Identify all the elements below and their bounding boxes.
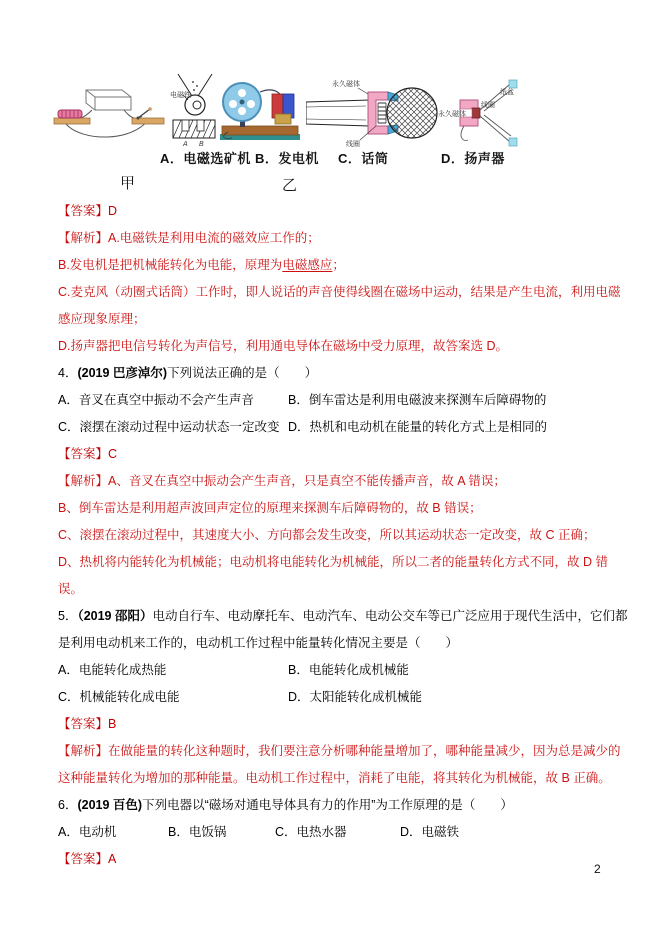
q4-analysis-a: 【解析】A、音叉在真空中振动会产生声音，只是真空不能传播声音，故 A 错误； (58, 468, 630, 495)
speaker-magnet-annotation: 永久磁体 (438, 109, 466, 118)
figure-jia-electromagnet-circuit (52, 80, 170, 142)
q4-options-row-2: C．滚摆在滚动过程中运动状态一定改变D．热机和电动机在能量的转化方式上是相同的 (58, 414, 630, 441)
q6-option-a: A．电动机 (58, 825, 116, 839)
q4-options-row-1: A．音叉在真空中振动不会产生声音B．倒车雷达是利用电磁波来探测车后障碍物的 (58, 387, 630, 414)
q3-analysis-b-suffix: ； (332, 258, 345, 272)
q3-answer-line: 【答案】D (58, 198, 630, 225)
q3-analysis-a: 【解析】A.电磁铁是利用电流的磁效应工作的； (58, 225, 630, 252)
q3-analysis-b-underlined: 电磁感应 (282, 258, 332, 272)
q4-answer-value: C (108, 447, 117, 461)
q4-source: (2019 巴彦淖尔) (77, 366, 167, 380)
q3-answer-label: 【答案】 (58, 204, 108, 218)
q5-option-b: B．电能转化成机械能 (288, 657, 409, 684)
q5-source: （2019 邵阳） (77, 609, 152, 623)
mic-magnet-annotation: 永久磁体 (332, 79, 360, 88)
q6-number: 6． (58, 798, 77, 812)
q5-answer-line: 【答案】B (58, 711, 630, 738)
q3-analysis-c: C.麦克风（动圈式话筒）工作时，即人说话的声音使得线圈在磁场中运动，结果是产生电… (58, 279, 630, 333)
q4-analysis-b: B、倒车雷达是利用超声波回声定位的原理来探测车后障碍物的，故 B 错误； (58, 495, 630, 522)
speaker-coil-annotation: 线圈 (481, 100, 495, 109)
q4-number: 4． (58, 366, 77, 380)
figure-c-microphone: 永久磁体 线圈 (306, 76, 438, 152)
bin-a-annotation: A (182, 141, 188, 148)
bin-b-annotation: B (199, 141, 204, 148)
q4-analysis-d: D、热机将内能转化为机械能；电动机将电能转化为机械能，所以二者的能量转化方式不同… (58, 549, 630, 603)
q5-stem: 5．（2019 邵阳）电动自行车、电动摩托车、电动汽车、电动公交车等已广泛应用于… (58, 603, 630, 657)
q5-option-a: A．电能转化成热能 (58, 663, 166, 677)
q5-option-d: D．太阳能转化成机械能 (288, 684, 422, 711)
figure-d-loudspeaker: 永久磁体 线圈 纸盆 (438, 78, 522, 150)
q3-analysis-b: B.发电机是把机械能转化为电能，原理为电磁感应； (58, 252, 630, 279)
q6-option-d: D．电磁铁 (400, 819, 459, 846)
q6-options-row: A．电动机B．电饭锅C．电热水器D．电磁铁 (58, 819, 630, 846)
q3-analysis-b-prefix: B.发电机是把机械能转化为电能，原理为 (58, 258, 282, 272)
q3-analysis-d: D.扬声器把电信号转化为声信号，利用通电导体在磁场中受力原理，故答案选 D。 (58, 333, 630, 360)
q5-answer-label: 【答案】 (58, 717, 108, 731)
q4-option-a: A．音叉在真空中振动不会产生声音 (58, 393, 254, 407)
exam-answer-page: 电磁铁 A B (0, 0, 661, 935)
figure-caption-b: B．发电机 (255, 148, 319, 167)
figure-group-label-jia: 甲 (120, 172, 135, 193)
q4-option-c: C．滚摆在滚动过程中运动状态一定改变 (58, 420, 280, 434)
figure-b-generator (220, 80, 300, 142)
q5-options-row-2: C．机械能转化成电能D．太阳能转化成机械能 (58, 684, 630, 711)
q3-answer-value: D (108, 204, 117, 218)
document-body: 【答案】D 【解析】A.电磁铁是利用电流的磁效应工作的； B.发电机是把机械能转… (58, 198, 630, 873)
figure-a-ore-separator: 电磁铁 A B (170, 72, 218, 148)
q6-answer-line: 【答案】A (58, 846, 630, 873)
q6-stem-text: 下列电器以“磁场对通电导体具有力的作用”为工作原理的是（ ） (142, 798, 513, 812)
q4-answer-line: 【答案】C (58, 441, 630, 468)
q6-answer-value: A (108, 852, 116, 866)
q5-option-c: C．机械能转化成电能 (58, 690, 180, 704)
q4-option-d: D．热机和电动机在能量的转化方式上是相同的 (288, 414, 547, 441)
mic-coil-annotation: 线圈 (346, 139, 360, 148)
q4-stem-text: 下列说法正确的是（ ） (167, 366, 317, 380)
q5-number: 5． (58, 609, 77, 623)
q4-option-b: B．倒车雷达是利用电磁波来探测车后障碍物的 (288, 387, 546, 414)
q4-stem: 4．(2019 巴彦淖尔)下列说法正确的是（ ） (58, 360, 630, 387)
page-number: 2 (594, 862, 601, 876)
q5-answer-value: B (108, 717, 116, 731)
figure-caption-a: A．电磁选矿机 (160, 148, 251, 167)
q6-stem: 6．(2019 百色)下列电器以“磁场对通电导体具有力的作用”为工作原理的是（ … (58, 792, 630, 819)
q6-option-b: B．电饭锅 (168, 819, 226, 846)
q5-analysis: 【解析】在做能量的转化这种题时，我们要注意分析哪种能量增加了，哪种能量减少，因为… (58, 738, 630, 792)
q6-option-c: C．电热水器 (275, 819, 347, 846)
q4-answer-label: 【答案】 (58, 447, 108, 461)
speaker-cone-annotation: 纸盆 (500, 87, 514, 96)
q6-answer-label: 【答案】 (58, 852, 108, 866)
electromagnet-annotation: 电磁铁 (170, 90, 191, 99)
q5-options-row-1: A．电能转化成热能B．电能转化成机械能 (58, 657, 630, 684)
figure-group-label-yi: 乙 (282, 174, 297, 195)
q6-source: (2019 百色) (77, 798, 142, 812)
q4-analysis-c: C、滚摆在滚动过程中，其速度大小、方向都会发生改变，所以其运动状态一定改变，故 … (58, 522, 630, 549)
figure-caption-d: D．扬声器 (441, 148, 505, 167)
figure-caption-c: C．话筒 (338, 148, 388, 167)
